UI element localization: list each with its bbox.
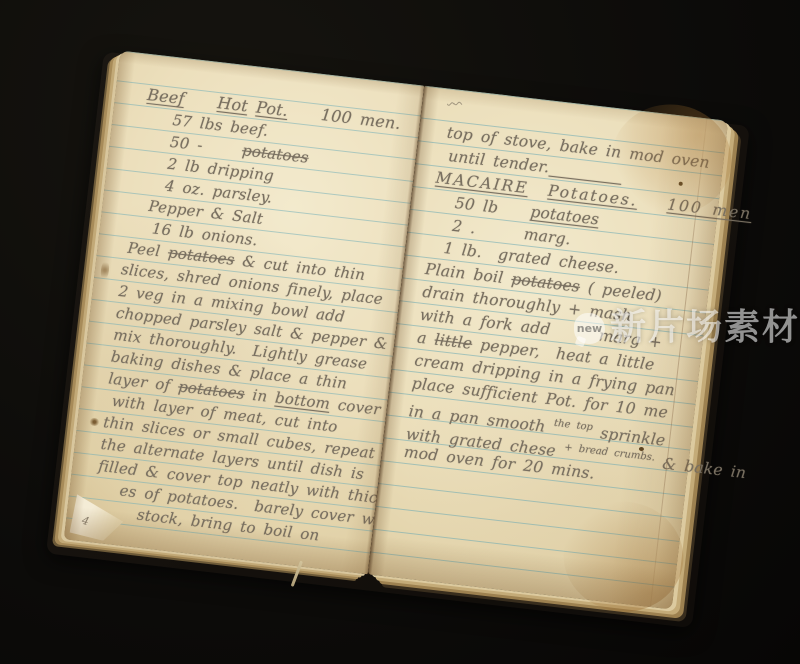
handwriting-text: a xyxy=(416,329,436,349)
right-page: top of stove, bake in mod ovenuntil tend… xyxy=(368,86,729,610)
handwriting-text: Peel xyxy=(127,239,170,262)
left-page: Beef Hot Pot. 100 men.57 lbs beef.50 - p… xyxy=(64,50,425,574)
handwriting-text: Hot xyxy=(216,93,249,115)
handwriting-text xyxy=(637,192,669,213)
recipe-notebook: Beef Hot Pot. 100 men.57 lbs beef.50 - p… xyxy=(64,50,728,609)
handwriting-text: little xyxy=(434,331,474,353)
pencil-scribble xyxy=(447,92,477,107)
photo-background: Beef Hot Pot. 100 men.57 lbs beef.50 - p… xyxy=(0,0,800,664)
handwriting-text: the top xyxy=(553,418,593,433)
handwriting-text: Pot. xyxy=(255,98,289,121)
handwriting-text xyxy=(184,89,219,112)
left-page-handwriting: Beef Hot Pot. 100 men.57 lbs beef.50 - p… xyxy=(64,50,425,574)
handwriting-text: in xyxy=(244,385,277,406)
handwriting-text xyxy=(527,179,549,199)
handwriting-text: Beef xyxy=(146,85,185,108)
right-page-handwriting: top of stove, bake in mod ovenuntil tend… xyxy=(368,86,729,610)
